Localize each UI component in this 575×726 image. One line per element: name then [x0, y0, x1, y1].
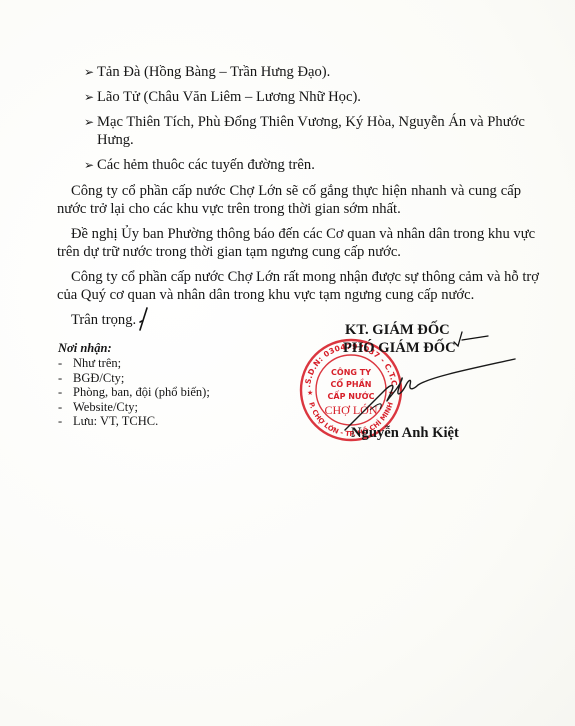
- bullet-text: Lão Tử (Châu Văn Liêm – Lương Nhữ Học).: [97, 89, 361, 105]
- recipients-list: -Như trên; -BGĐ/Cty; -Phòng, ban, đội (p…: [58, 356, 210, 429]
- paragraph-2-line-2: trên dự trữ nước trong thời gian tạm ngư…: [57, 244, 401, 260]
- bullet-item: ➢Mạc Thiên Tích, Phù Đổng Thiên Vương, K…: [84, 114, 520, 130]
- check-mark-icon: [452, 328, 490, 350]
- signature-title-1: KT. GIÁM ĐỐC: [345, 322, 450, 339]
- recipient-item: -Phòng, ban, đội (phổ biến);: [58, 385, 210, 400]
- recipients-title: Nơi nhận:: [58, 341, 112, 356]
- arrow-bullet-icon: ➢: [84, 157, 97, 173]
- handwritten-signature: [340, 355, 540, 435]
- bullet-text: Các hẻm thuôc các tuyến đường trên.: [97, 157, 315, 173]
- star-icon: ★: [307, 389, 313, 397]
- bullet-text: Mạc Thiên Tích, Phù Đổng Thiên Vương, Ký…: [97, 114, 525, 130]
- paragraph-1-line-1: Công ty cổ phần cấp nước Chợ Lớn sẽ cố g…: [71, 183, 521, 199]
- arrow-bullet-icon: ➢: [84, 64, 97, 80]
- bullet-item: ➢Lão Tử (Châu Văn Liêm – Lương Nhữ Học).: [84, 89, 361, 105]
- recipient-item: -Như trên;: [58, 356, 210, 371]
- paragraph-3-line-1: Công ty cổ phần cấp nước Chợ Lớn rất mon…: [71, 269, 521, 285]
- paragraph-3-line-2: của Quý cơ quan và nhân dân trong khu vự…: [57, 287, 474, 303]
- bullet-item: ➢Các hẻm thuôc các tuyến đường trên.: [84, 157, 315, 173]
- arrow-bullet-icon: ➢: [84, 89, 97, 105]
- arrow-bullet-icon: ➢: [84, 114, 97, 130]
- closing-text: Trân trọng.: [71, 312, 136, 328]
- signer-name: Nguyễn Anh Kiệt: [351, 425, 459, 442]
- paragraph-2-line-1: Đề nghị Ủy ban Phường thông báo đến các …: [71, 226, 521, 242]
- document-page: ➢Tản Đà (Hồng Bàng – Trần Hưng Đạo). ➢Lã…: [0, 0, 575, 726]
- initial-mark-icon: [136, 306, 150, 332]
- paragraph-1-line-2: nước trở lại cho các khu vực trên trong …: [57, 201, 401, 217]
- bullet-item-continuation: Hưng.: [97, 132, 134, 148]
- recipient-item: -Website/Cty;: [58, 400, 210, 415]
- bullet-text: Tản Đà (Hồng Bàng – Trần Hưng Đạo).: [97, 64, 330, 80]
- recipient-item: -Lưu: VT, TCHC.: [58, 414, 210, 429]
- recipient-item: -BGĐ/Cty;: [58, 371, 210, 386]
- bullet-item: ➢Tản Đà (Hồng Bàng – Trần Hưng Đạo).: [84, 64, 330, 80]
